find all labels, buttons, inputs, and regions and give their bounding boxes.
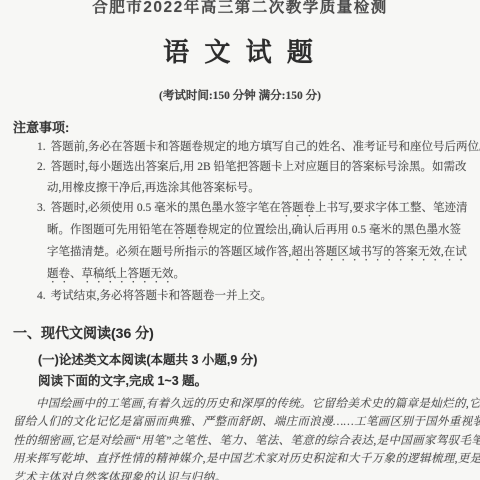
notice-text-emphasized: 超出答题区域书写的答案无效,在试: [291, 246, 466, 258]
notice-item: 3.答题时,必须使用 0.5 毫米的黑色墨水签字笔在答题卷上书写,要求字体工整、…: [47, 198, 467, 286]
notice-text: 考试结束,务必将答题卡和答题卷一并上交。: [51, 290, 272, 302]
exam-title: 合肥市2022年高三第二次教学质量检测: [0, 0, 480, 17]
notice-line: 题卷、草稿纸上答题无效。: [47, 264, 467, 286]
notice-item-number: 2.: [37, 157, 46, 177]
notice-item: 1.答题前,务必在答题卡和答题卷规定的地方填写自己的姓名、准考证号和座位号后两位…: [47, 137, 467, 157]
subject-title: 语 文 试 题: [0, 35, 480, 69]
notices-section: 注意事项: 1.答题前,务必在答题卡和答题卷规定的地方填写自己的姓名、准考证号和…: [13, 119, 467, 307]
reading-instruction: 阅读下面的文字,完成 1~3 题。: [38, 372, 467, 391]
notice-line: 1.答题前,务必在答题卡和答题卷规定的地方填写自己的姓名、准考证号和座位号后两位…: [47, 137, 467, 157]
notice-text: 字笔描清楚。必须在题号所指示的答题区域作答,: [47, 246, 291, 258]
passage-line: 性的细密画,它是对绘画“用笔”之笔性、笔力、笔法、笔意的综合表达,是中国画家驾驭…: [13, 432, 467, 451]
passage-line: 用来挥写乾坤、直抒性情的精神媒介,是中国艺术家对历史积淀和大千万象的逻辑梳理,更…: [13, 450, 467, 469]
notice-text-emphasized: 答题卷: [281, 202, 316, 214]
notice-line: 2.答题时,每小题选出答案后,用 2B 铅笔把答题卡上对应题目的答案标号涂黑。如…: [47, 157, 467, 177]
section-heading: 一、现代文阅读(36 分): [13, 323, 467, 343]
section-subheading: (一)论述类文本阅读(本题共 3 小题,9 分): [38, 351, 467, 370]
exam-paper-page: 合肥市2022年高三第二次教学质量检测 语 文 试 题 (考试时间:150 分钟…: [0, 0, 480, 480]
notice-text: 答题前,务必在答题卡和答题卷规定的地方填写自己的姓名、准考证号和座位号后两位。: [51, 141, 480, 153]
notice-text: 答题时,必须使用 0.5 毫米的黑色墨水签字笔在: [51, 202, 281, 214]
notice-text: 上书写,要求字体工整、笔迹清: [315, 202, 467, 214]
notice-line: 字笔描清楚。必须在题号所指示的答题区域作答,超出答题区域书写的答案无效,在试: [47, 242, 467, 264]
passage-line: 留给人们的文化记忆是富丽而典雅、严整而舒朗、端庄而浪漫……工笔画区别于国外重视装…: [13, 413, 467, 432]
reading-passage: 中国绘画中的工笔画,有着久远的历史和深厚的传统。它留给美术史的篇章是灿烂的,它留…: [13, 395, 467, 480]
notice-text: 动,用橡皮擦干净后,再选涂其他答案标号。: [47, 182, 260, 194]
notice-line: 4.考试结束,务必将答题卡和答题卷一并上交。: [47, 286, 467, 306]
notice-item-number: 3.: [37, 198, 46, 218]
notice-item: 2.答题时,每小题选出答案后,用 2B 铅笔把答题卡上对应题目的答案标号涂黑。如…: [47, 157, 467, 198]
notice-item: 4.考试结束,务必将答题卡和答题卷一并上交。: [47, 286, 467, 306]
notice-text-emphasized: 题卷、草稿纸上答题无效。: [47, 268, 185, 280]
section-one: 一、现代文阅读(36 分) (一)论述类文本阅读(本题共 3 小题,9 分) 阅…: [13, 323, 467, 391]
notices-heading: 注意事项:: [13, 119, 467, 137]
notice-text: 晰。作图题可先用铅笔在: [47, 224, 174, 236]
notice-item-number: 4.: [37, 286, 46, 306]
passage-line: 艺术主体对自然客体现象的认识与归纳。: [13, 469, 467, 480]
notice-line: 3.答题时,必须使用 0.5 毫米的黑色墨水签字笔在答题卷上书写,要求字体工整、…: [47, 198, 467, 220]
exam-info: (考试时间:150 分钟 满分:150 分): [0, 89, 480, 104]
passage-line: 中国绘画中的工笔画,有着久远的历史和深厚的传统。它留给美术史的篇章是灿烂的,它: [13, 395, 467, 414]
notice-list: 1.答题前,务必在答题卡和答题卷规定的地方填写自己的姓名、准考证号和座位号后两位…: [47, 137, 467, 307]
notice-text-emphasized: 答题卷: [174, 224, 209, 236]
notice-line: 晰。作图题可先用铅笔在答题卷规定的位置绘出,确认后再用 0.5 毫米的黑色墨水签: [47, 220, 467, 242]
notice-line: 动,用橡皮擦干净后,再选涂其他答案标号。: [47, 178, 467, 198]
notice-text: 规定的位置绘出,确认后再用 0.5 毫米的黑色墨水签: [208, 224, 461, 236]
notice-text: 答题时,每小题选出答案后,用 2B 铅笔把答题卡上对应题目的答案标号涂黑。如需改: [51, 161, 467, 173]
notice-item-number: 1.: [37, 137, 46, 157]
